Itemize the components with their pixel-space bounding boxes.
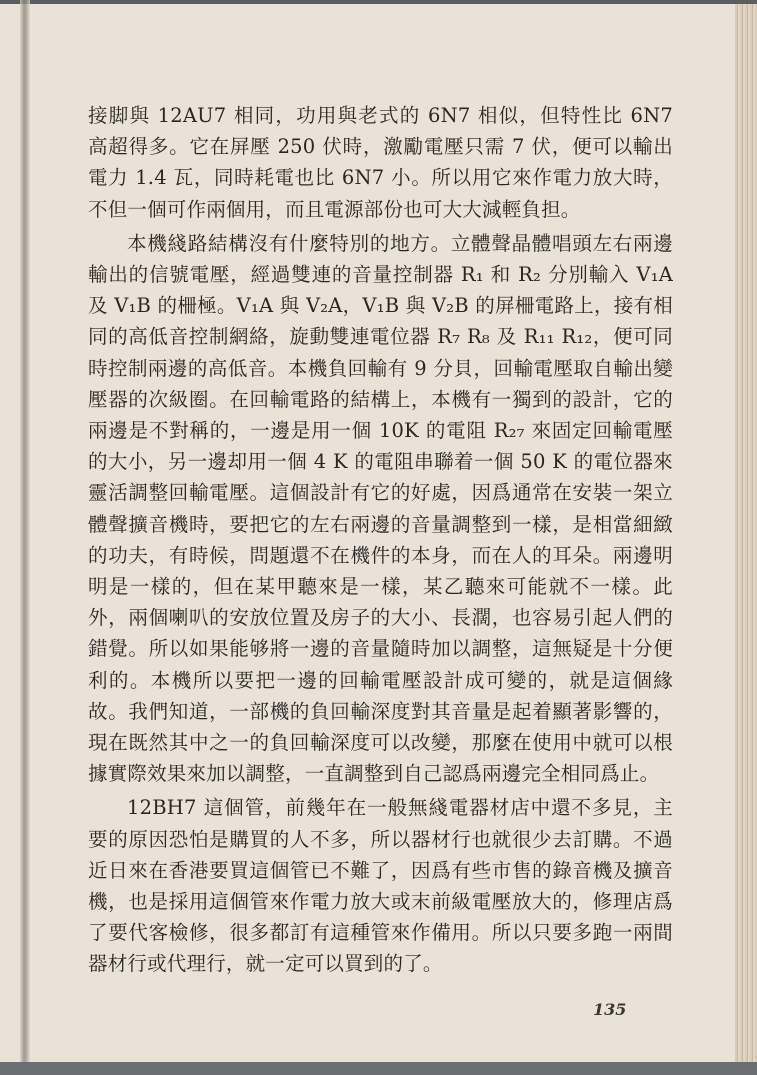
page-edge-stack (735, 4, 757, 1062)
paragraph-circuit-description: 本機綫路結構沒有什麼特別的地方。立體聲晶體唱頭左右兩邊輸出的信號電壓，經過雙連的… (88, 228, 673, 790)
body-text: 接脚與 12AU7 相同，功用與老式的 6N7 相似，但特性比 6N7 高超得多… (88, 100, 673, 980)
scanned-book-page: 接脚與 12AU7 相同，功用與老式的 6N7 相似，但特性比 6N7 高超得多… (0, 0, 757, 1075)
paragraph-continued: 接脚與 12AU7 相同，功用與老式的 6N7 相似，但特性比 6N7 高超得多… (88, 100, 673, 225)
scan-bottom-edge (0, 1062, 757, 1075)
book-gutter-shadow (20, 0, 30, 1062)
paragraph-12bh7-availability: 12BH7 這個管，前幾年在一般無綫電器材店中還不多見，主要的原因恐怕是購買的人… (88, 792, 673, 979)
page-number: 135 (593, 1000, 626, 1019)
scan-top-edge (0, 0, 757, 4)
